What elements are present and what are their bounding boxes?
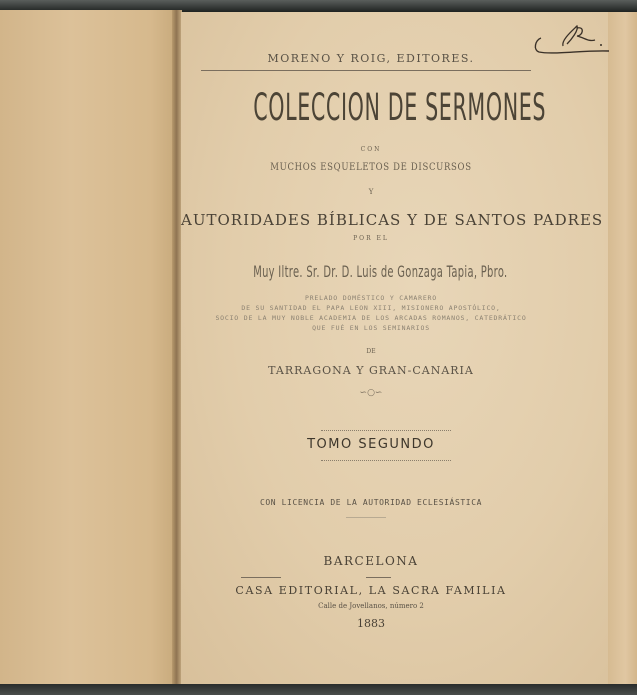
- volume-rule-bottom: [321, 460, 451, 461]
- dioceses: TARRAGONA Y GRAN-CANARIA: [181, 364, 561, 377]
- subtitle-line-1: MUCHOS ESQUELETOS DE DISCURSOS: [210, 162, 533, 173]
- ornament-icon: ∽○∽: [181, 388, 561, 398]
- connector-de: DE: [181, 348, 561, 355]
- publisher-header: MORENO Y ROIG, EDITORES.: [181, 52, 561, 65]
- author-credential: QUE FUÉ EN LOS SEMINARIOS: [181, 324, 561, 332]
- header-rule: [201, 70, 531, 71]
- book-title: COLECCION DE SERMONES: [253, 86, 489, 129]
- connector-con: CON: [181, 146, 561, 153]
- author-name: Muy Iltre. Sr. Dr. D. Luis de Gonzaga Ta…: [253, 262, 489, 281]
- author-credential: PRELADO DOMÉSTICO Y CAMARERO: [181, 294, 561, 302]
- volume-rule-top: [321, 430, 451, 431]
- imprint-rule-left: [241, 577, 281, 578]
- left-endpaper: [0, 10, 177, 685]
- printer-name: CASA EDITORIAL, LA SACRA FAMILIA: [181, 584, 561, 597]
- volume-label: TOMO SEGUNDO: [181, 437, 561, 452]
- license-rule: [346, 517, 386, 518]
- connector-y: Y: [181, 188, 561, 196]
- ecclesiastical-license: CON LICENCIA DE LA AUTORIDAD ECLESIÁSTIC…: [181, 498, 561, 507]
- page-fore-edge: [608, 12, 637, 684]
- publication-city: BARCELONA: [181, 554, 561, 568]
- printer-address: Calle de Jovellanos, número 2: [181, 602, 561, 610]
- author-credential: DE SU SANTIDAD EL PAPA LEON XIII, MISION…: [181, 304, 561, 312]
- subtitle-line-2: AUTORIDADES BÍBLICAS Y DE SANTOS PADRES: [181, 211, 561, 229]
- scanner-bottom-edge: [0, 684, 637, 695]
- connector-por-el: POR EL: [181, 235, 561, 242]
- author-credential: SOCIO DE LA MUY NOBLE ACADEMIA DE LOS AR…: [181, 314, 561, 322]
- imprint-rule-right: [366, 577, 391, 578]
- publication-year: 1883: [181, 617, 561, 630]
